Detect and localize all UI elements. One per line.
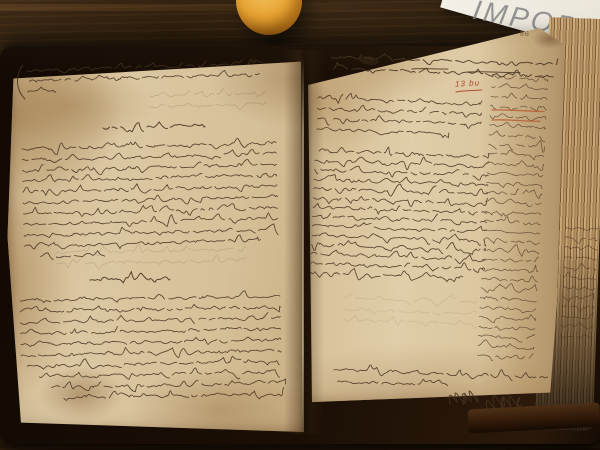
gutter-shadow [284, 50, 324, 434]
manuscript-photo-scene: IMPORTANTE 86 13 bu [0, 0, 600, 450]
left-page [6, 56, 304, 432]
fruit-shadow [262, 33, 288, 47]
orange-fruit [236, 0, 302, 35]
red-marginal-mark: 13 bu [455, 78, 480, 88]
folio-number: 86 [520, 31, 530, 39]
right-page [300, 22, 572, 404]
